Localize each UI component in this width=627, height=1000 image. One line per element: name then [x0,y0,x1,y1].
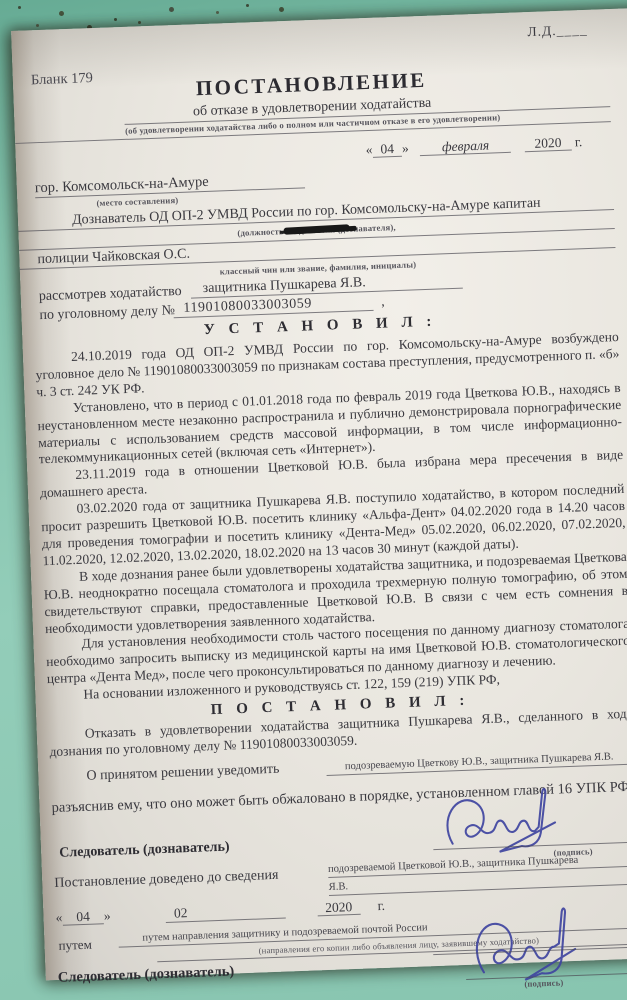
signature-caption-2: (подпись) [524,977,563,988]
date-suffix: г. [575,134,583,149]
informed-date-suffix: г. [377,898,385,913]
photo-of-document: { "page": { "ld_label": "Л.Д.____", "bla… [0,0,627,1000]
case-label: по уголовному делу № [39,303,175,324]
via-label: путем [58,937,92,954]
investigator-label: Следователь (дознаватель) [59,840,230,862]
case-comma: , [381,294,385,310]
informed-date-year: 2020 [317,899,361,917]
informed-date: «04» 02 2020 г. [55,898,385,927]
document-sheet: Л.Д.____ Бланк 179 ПОСТАНОВЛЕНИЕ об отка… [11,7,627,980]
document-body: 24.10.2019 года ОД ОП-2 УМВД России по г… [35,329,627,761]
informed-label: Постановление доведено до сведения [54,866,320,892]
informed-date-day: 04 [62,908,104,926]
date-year: 2020 [524,135,572,153]
notify-persons: подозреваемую Цветкову Ю.В., защитника П… [326,751,627,776]
date-close-quote: » [402,141,409,156]
informed-date-close-quote: » [104,908,111,923]
date-day: 04 [372,141,402,158]
notify-label: О принятом решении уведомить [86,762,279,785]
informed-date-month: 02 [166,902,287,923]
place-of-drafting: гор. Комсомольск-на-Амуре [35,170,305,198]
background-speckles [18,6,21,9]
reviewed-label: рассмотрев ходатайство [39,284,182,305]
sheet-number-label: Л.Д.____ [527,22,588,40]
date-month: февраля [420,137,512,156]
investigator-label-2: Следователь (дознаватель) [58,963,235,986]
header-date: «04» февраля 2020 г. [365,133,611,158]
